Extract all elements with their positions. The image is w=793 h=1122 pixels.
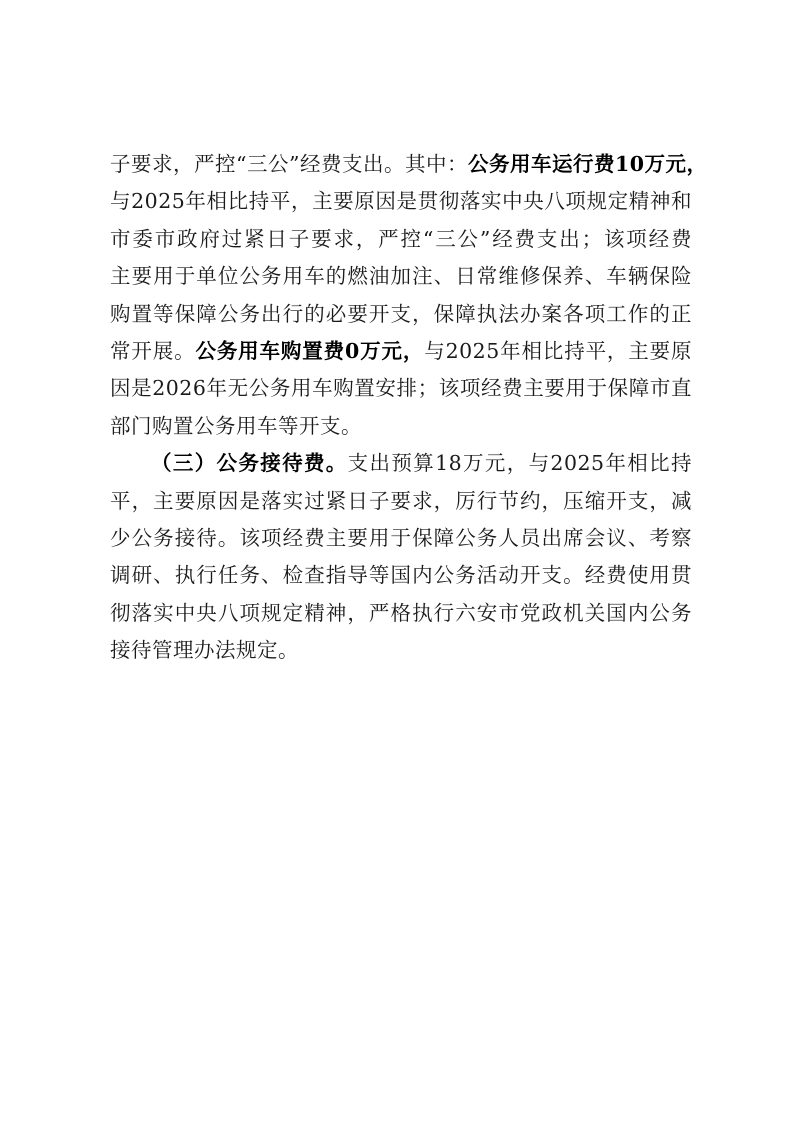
text-line: 部门购置公务用车等开支。 (110, 408, 692, 445)
text-segment: 常开展。 (110, 339, 195, 363)
text-segment: 主要用于单位公务用车的燃油加注、日常维修保养、车辆保险 (110, 264, 692, 288)
text-segment: 调研、执行任务、检查指导等国内公务活动开支。经费使用贯 (110, 563, 692, 587)
text-line: 市委市政府过紧日子要求，严控“三公”经费支出；该项经费 (110, 221, 692, 258)
text-segment: 购置等保障公务出行的必要开支，保障执法办案各项工作的正 (110, 302, 692, 326)
bold-heading-vehicle-operating-cost: 公务用车运行费10万元， (468, 152, 708, 176)
text-segment: 少公务接待。该项经费主要用于保障公务人员出席会议、考察 (110, 526, 692, 550)
text-line: 彻落实中央八项规定精神，严格执行六安市党政机关国内公务 (110, 595, 692, 632)
text-segment: 彻落实中央八项规定精神，严格执行六安市党政机关国内公务 (110, 601, 692, 625)
text-line: 与2025年相比持平，主要原因是贯彻落实中央八项规定精神和 (110, 183, 692, 220)
text-line: 常开展。公务用车购置费0万元，与2025年相比持平，主要原 (110, 333, 692, 370)
text-line: （三）公务接待费。支出预算18万元，与2025年相比持 (110, 445, 692, 482)
text-segment: 市委市政府过紧日子要求，严控“三公”经费支出；该项经费 (110, 227, 692, 251)
bold-heading-vehicle-purchase-cost: 公务用车购置费0万元， (195, 339, 424, 363)
document-page: 子要求，严控“三公”经费支出。其中：公务用车运行费10万元， 与2025年相比持… (110, 146, 692, 669)
text-line: 购置等保障公务出行的必要开支，保障执法办案各项工作的正 (110, 296, 692, 333)
text-segment: 子要求，严控“三公”经费支出。其中： (110, 152, 468, 176)
text-line: 主要用于单位公务用车的燃油加注、日常维修保养、车辆保险 (110, 258, 692, 295)
text-line: 接待管理办法规定。 (110, 632, 692, 669)
section-heading-reception-cost: （三）公务接待费。 (151, 451, 348, 475)
text-line: 平，主要原因是落实过紧日子要求，厉行节约，压缩开支，减 (110, 483, 692, 520)
text-segment: 与2025年相比持平，主要原因是贯彻落实中央八项规定精神和 (110, 189, 692, 213)
text-line: 调研、执行任务、检查指导等国内公务活动开支。经费使用贯 (110, 557, 692, 594)
text-line: 少公务接待。该项经费主要用于保障公务人员出席会议、考察 (110, 520, 692, 557)
text-segment: 部门购置公务用车等开支。 (110, 414, 362, 438)
text-line: 子要求，严控“三公”经费支出。其中：公务用车运行费10万元， (110, 146, 692, 183)
text-segment: 因是2026年无公务用车购置安排；该项经费主要用于保障市直 (110, 376, 692, 400)
text-line: 因是2026年无公务用车购置安排；该项经费主要用于保障市直 (110, 370, 692, 407)
text-segment: 平，主要原因是落实过紧日子要求，厉行节约，压缩开支，减 (110, 489, 692, 513)
paragraph-reception-costs: （三）公务接待费。支出预算18万元，与2025年相比持 平，主要原因是落实过紧日… (110, 445, 692, 669)
text-segment: 支出预算18万元，与2025年相比持 (348, 451, 692, 475)
text-segment: 与2025年相比持平，主要原 (424, 339, 692, 363)
paragraph-vehicle-costs: 子要求，严控“三公”经费支出。其中：公务用车运行费10万元， 与2025年相比持… (110, 146, 692, 445)
text-segment: 接待管理办法规定。 (110, 638, 299, 662)
